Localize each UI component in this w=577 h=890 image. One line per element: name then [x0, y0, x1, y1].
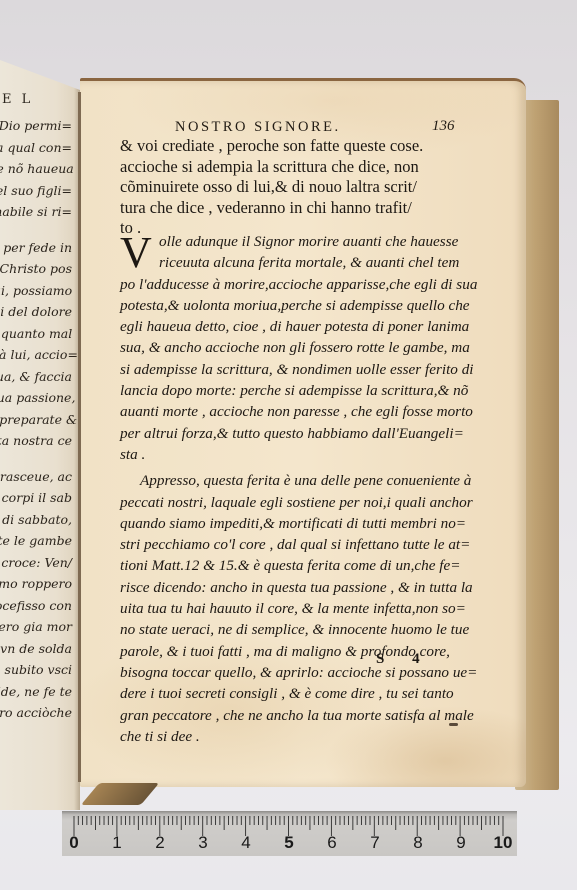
left-line: tione, la qual con= — [0, 137, 72, 159]
left-running-head: E L — [2, 92, 33, 107]
ruler-label: 6 — [327, 833, 336, 853]
left-line: dandosi del dolore — [0, 301, 72, 323]
text-line: cõminuirete osso di lui,& di nouo laltra… — [120, 177, 515, 198]
left-line: inestimabile si ri= — [0, 201, 72, 223]
text-line: parole, & i tuoi fatti , ma di maligno &… — [120, 641, 515, 662]
left-line: ndo chel suo figli= — [0, 180, 72, 202]
italic-text-block: olle adunque il Signor morire auanti che… — [120, 231, 515, 747]
text-line: sua, & ancho accioche non gli fossero ro… — [120, 337, 515, 358]
text-line: peccati nostri, laquale egli sostiene pe… — [120, 492, 515, 513]
left-line: uesta sua passione, — [0, 387, 72, 409]
text-line: uita tua tu hai hauuto il core, & la men… — [120, 598, 515, 619]
text-line: olle adunque il Signor morire auanti che… — [120, 231, 515, 252]
text-line: quando siamo impediti,& mortificati di t… — [120, 513, 515, 534]
left-line: mici di Christo pos — [0, 258, 72, 280]
gutter-line — [78, 92, 81, 782]
ruler-label: 8 — [413, 833, 422, 853]
text-line: sta . — [120, 444, 515, 465]
left-line: enente preparate & — [0, 409, 72, 431]
left-line: vero acciòche — [0, 702, 72, 724]
left-facing-page: E L crate, Dio permi= tione, la qual con… — [0, 60, 80, 810]
scale-ruler: 0 1 2 3 4 5 6 7 8 9 10 — [62, 811, 517, 856]
left-line: rotte le gambe — [0, 530, 72, 552]
recto-page: NOSTRO SIGNORE. 136 & voi crediate , per… — [80, 78, 526, 787]
ruler-label: 0 — [69, 833, 78, 853]
left-line: r uersita nostra ce — [0, 430, 72, 452]
left-line: ce i corpi il sab — [0, 487, 72, 509]
ruler-label: 2 — [155, 833, 164, 853]
text-line: & voi crediate , peroche son fatte quest… — [120, 136, 515, 157]
text-line: po l'adducesse à morire,accioche apparis… — [120, 274, 515, 295]
ruler-label: 4 — [241, 833, 250, 853]
text-line: dere i tuoi secreti consigli , & è come … — [120, 683, 515, 704]
ruler-label: 7 — [370, 833, 379, 853]
ruler-label: 1 — [112, 833, 121, 853]
text-line: lancia dopo morte: perche si adempisse l… — [120, 380, 515, 401]
left-line: crocefisso con — [0, 595, 72, 617]
ruler-label: 10 — [494, 833, 513, 853]
text-line: bisogna toccar quello, & aprirlo: accioc… — [120, 662, 515, 683]
ruler-label: 3 — [198, 833, 207, 853]
signature-mark: S 4 — [376, 651, 432, 668]
wormhole-mark — [449, 723, 458, 726]
text-line: no state ueraci, ne di semplice, & innoc… — [120, 619, 515, 640]
text-line: che ti si dee . — [120, 726, 515, 747]
page-number: 136 — [432, 118, 455, 135]
left-line: dre, che nõ haueua — [0, 158, 72, 180]
left-line: ra parasceue, ac — [0, 466, 72, 488]
text-line: tioni Matt.12 & 15.& è questa ferita com… — [120, 555, 515, 576]
text-line: potesta,& uolonta moriua,perche si ademp… — [120, 295, 515, 316]
left-line: ddero gia mor — [0, 616, 72, 638]
left-line: uati, et quanto mal — [0, 323, 72, 345]
text-line: stri pecchiamo co'l core , dal qual si i… — [120, 534, 515, 555]
left-line: di croce: Ven/ — [0, 552, 72, 574]
text-line: egli haueua detto, cioe , di hauer potes… — [120, 316, 515, 337]
left-line: ma vn de solda — [0, 638, 72, 660]
running-head: NOSTRO SIGNORE. — [175, 119, 341, 136]
left-line: r riceua, & faccia — [0, 366, 72, 388]
left-line: vidde, ne fe te — [0, 681, 72, 703]
left-line: crate, Dio permi= — [0, 115, 72, 137]
left-line: , & subito vsci — [0, 659, 72, 681]
text-line: si adempisse la scrittura, & nondimen uo… — [120, 359, 515, 380]
text-line: per altrui forza,& tutto questo habbiamo… — [120, 423, 515, 444]
left-page-text: crate, Dio permi= tione, la qual con= dr… — [0, 115, 72, 724]
text-line: Appresso, questa ferita è una delle pene… — [120, 470, 515, 491]
left-line: l di di sabbato, — [0, 509, 72, 531]
text-line: auanti morte , accioche non paresse , ch… — [120, 401, 515, 422]
left-line: oi, che per fede in — [0, 237, 72, 259]
text-line: tura che dice , vederanno in chi hanno t… — [120, 198, 515, 219]
roman-text-block: & voi crediate , peroche son fatte quest… — [120, 136, 515, 239]
text-line: risce dicendo: ancho in questa tua passi… — [120, 577, 515, 598]
text-line: riceuuta alcuna ferita mortale, & auanti… — [120, 252, 515, 273]
ruler-label: 9 — [456, 833, 465, 853]
text-line: accioche si adempia la scrittura che dic… — [120, 157, 515, 178]
left-line: andino à lui, accio= — [0, 344, 72, 366]
left-line: otti à lui, possiamo — [0, 280, 72, 302]
ruler-label: 5 — [284, 833, 293, 853]
left-line: rimo roppero — [0, 573, 72, 595]
